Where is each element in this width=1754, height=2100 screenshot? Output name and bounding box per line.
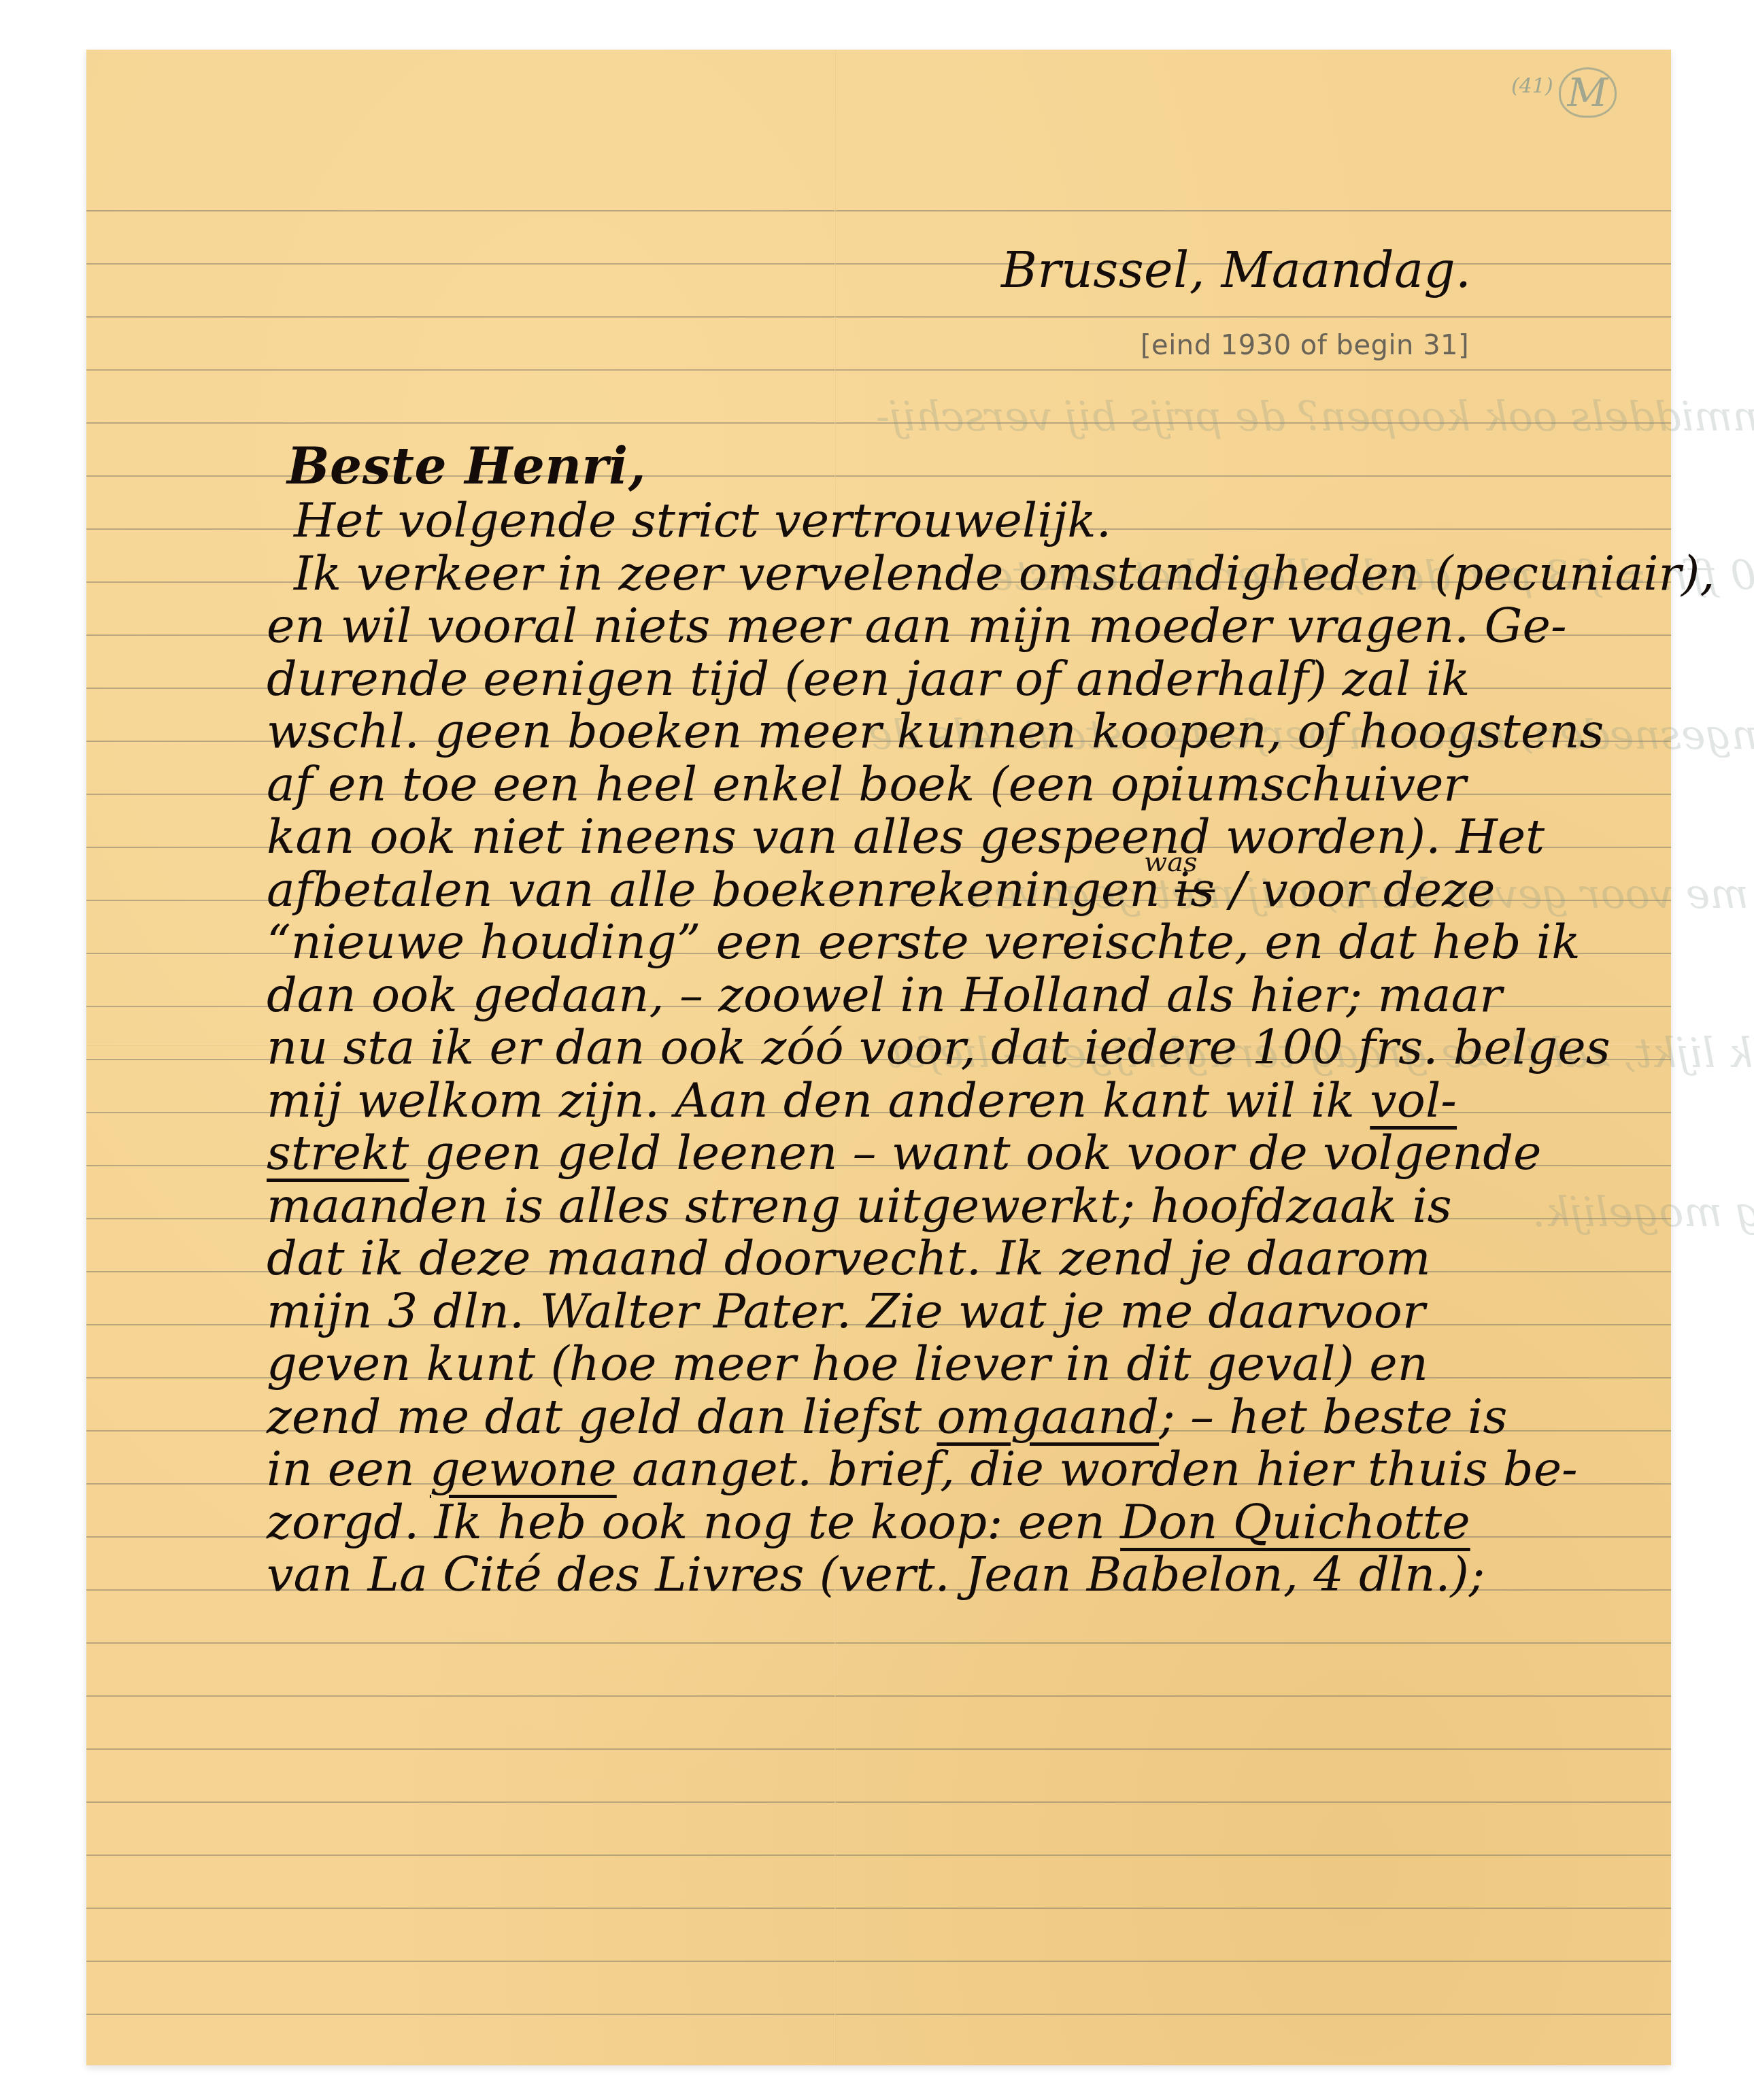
body-line: maanden is alles streng uitgewerkt; hoof… [267,1180,1715,1233]
body-text: mij welkom zijn. Aan den anderen kant wi… [267,1072,1355,1128]
body-line: durende eenigen tijd (een jaar of anderh… [267,653,1715,706]
body-line: Ik verkeer in zeer vervelende omstandigh… [267,547,1715,600]
archive-stamp: (41)M [1511,67,1617,118]
pencil-date-annotation: [eind 1930 of begin 31] [1141,330,1469,361]
body-line: dan ook gedaan, – zoowel in Holland als … [267,969,1715,1022]
place-date: Brussel, Maandag. [1001,241,1471,299]
body-line: af en toe een heel enkel boek (een opium… [267,758,1715,811]
underlined-word: omgaand [937,1389,1159,1444]
body-line: Het volgende strict vertrouwelijk. [267,494,1715,547]
body-line: kan ook niet ineens van alles gespeend w… [267,811,1715,864]
underlined-word: vol- [1370,1072,1457,1128]
body-text: zend me dat geld dan liefst [267,1389,922,1444]
monogram-icon: M [1559,67,1617,118]
body-line: wschl. geen boeken meer kunnen koopen, o… [267,705,1715,758]
archive-number: (41) [1511,74,1553,98]
salutation: Beste Henri, [287,437,646,496]
body-line-with-underline: mij welkom zijn. Aan den anderen kant wi… [267,1074,1715,1128]
body-line: en wil vooral niets meer aan mijn moeder… [267,600,1715,653]
body-line-with-underline: strekt geen geld leenen – want ook voor … [267,1127,1715,1180]
body-line-with-underline: in een gewone aanget. brief, die worden … [267,1443,1715,1496]
bleed-line: Kun je de inmiddels ook koopen? de prijs… [868,390,1754,443]
body-line-with-underline: zend me dat geld dan liefst omgaand; – h… [267,1391,1715,1444]
body-line-with-underline: zorgd. Ik heb ook nog te koop: een Don Q… [267,1496,1715,1549]
body-text: geen geld leenen – want ook voor de volg… [424,1125,1542,1181]
body-text: zorgd. Ik heb ook nog te koop: een [267,1494,1105,1550]
body-line: van La Cité des Livres (vert. Jean Babel… [267,1548,1715,1602]
letter-sheet: (41)M Kun je de inmiddels ook koopen? de… [86,50,1671,2065]
body-line: mijn 3 dln. Walter Pater. Zie wat je me … [267,1285,1715,1338]
body-line: nu sta ik er dan ook zóó voor, dat ieder… [267,1021,1715,1074]
body-line: “nieuwe houding” een eerste vereischte, … [267,916,1715,969]
underlined-word: gewone [430,1441,617,1497]
body-line: geven kunt (hoe meer hoe liever in dit g… [267,1338,1715,1391]
body-line-with-correction: afbetalen van alle boekenrekeningen is w… [267,864,1715,917]
body-text: ; – het beste is [1159,1389,1507,1444]
body-text: aanget. brief, die worden hier thuis be- [632,1441,1578,1497]
underlined-title: Don Quichotte [1120,1494,1470,1550]
body-text: afbetalen van alle boekenrekeningen [267,862,1160,917]
inserted-word: was [1144,836,1198,890]
body-text: in een [267,1441,415,1497]
body-text: / voor deze [1230,862,1495,917]
underlined-word: strekt [267,1125,409,1181]
body-line: dat ik deze maand doorvecht. Ik zend je … [267,1232,1715,1285]
letter-body: Het volgende strict vertrouwelijk. Ik ve… [267,494,1715,1602]
